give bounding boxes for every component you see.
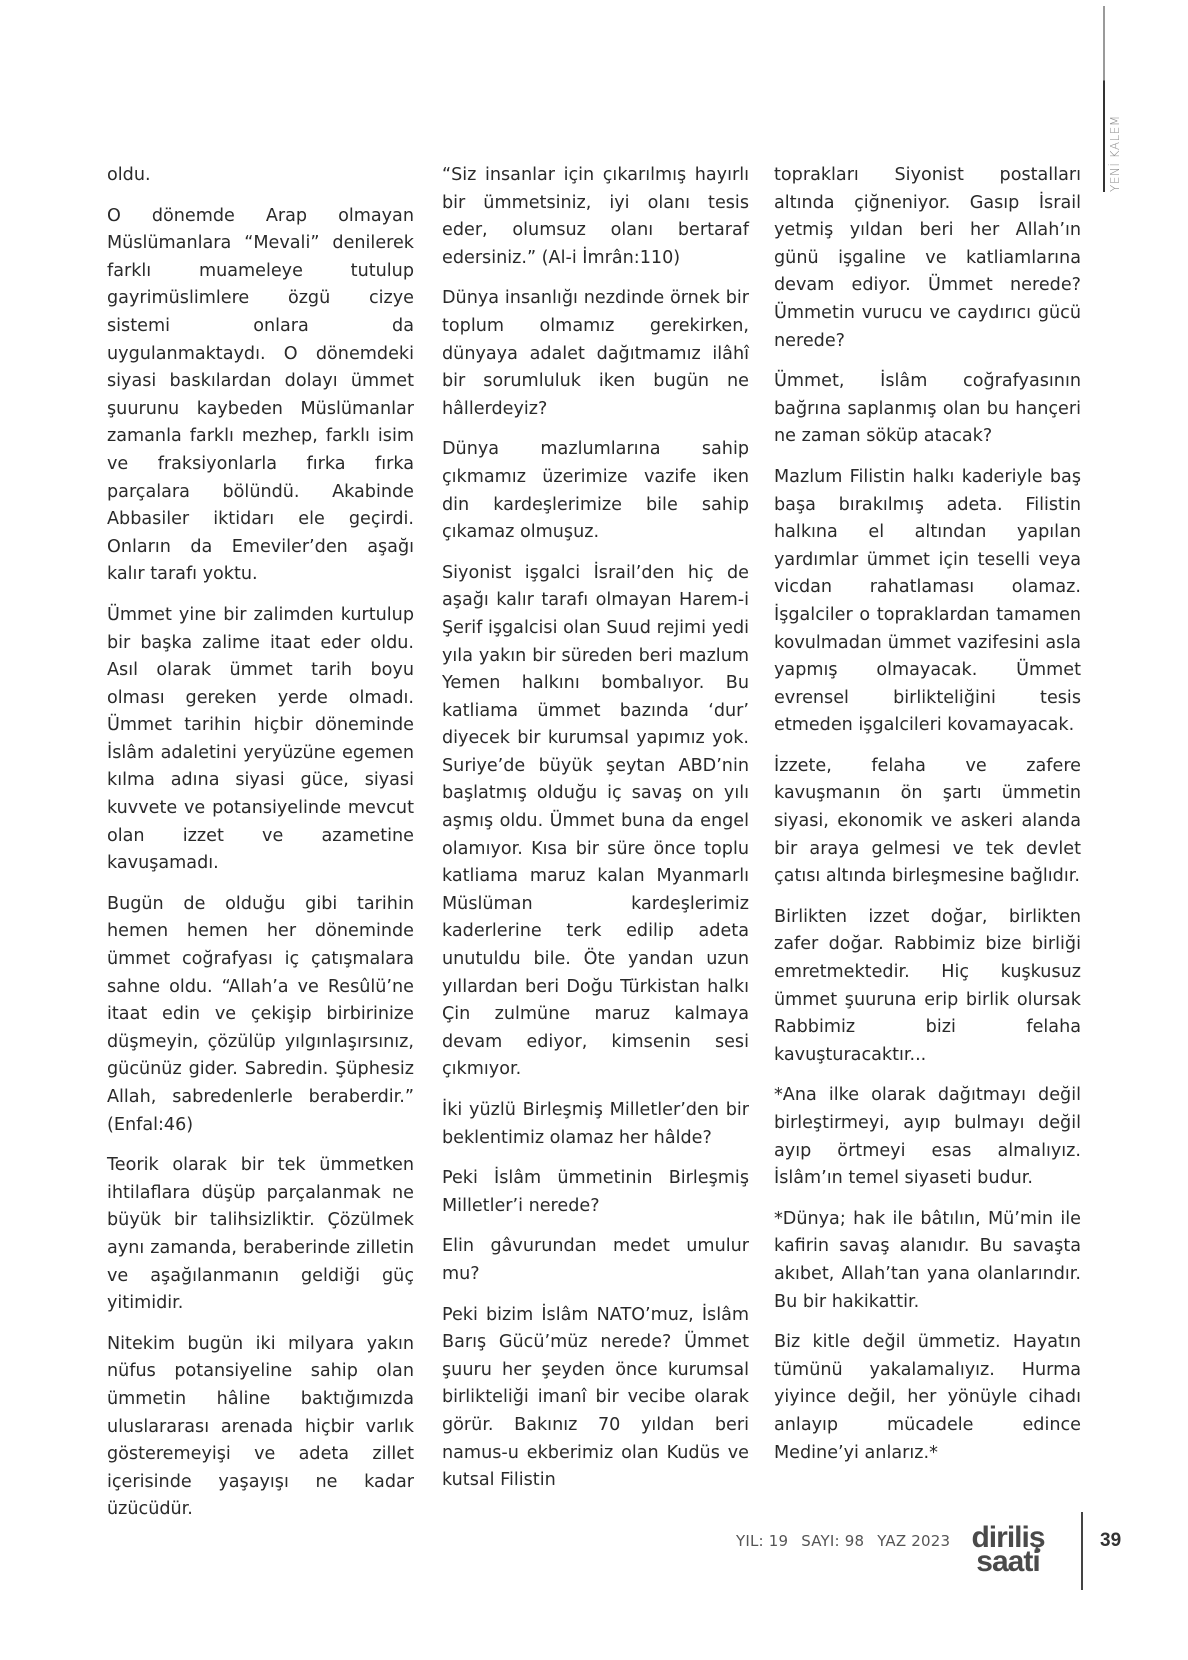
article-body: oldu. O dönemde Arap olmayan Müslümanlar…	[107, 162, 1057, 1547]
issue-number: SAYI: 98	[801, 1532, 864, 1550]
magazine-logo: diriliş saati	[968, 1526, 1048, 1574]
paragraph: Peki bizim İslâm NATO’muz, İslâm Barış G…	[442, 1302, 749, 1495]
section-divider	[1103, 6, 1105, 192]
issue-season: YAZ 2023	[877, 1532, 950, 1550]
issue-year: YIL: 19	[736, 1532, 788, 1550]
footer-divider	[1081, 1512, 1083, 1590]
paragraph: Dünya insanlığı nezdinde örnek bir toplu…	[442, 285, 749, 423]
section-label: YENİ KALEM	[1108, 100, 1128, 192]
paragraph: Siyonist işgalci İsrail’den hiç de aşağı…	[442, 560, 749, 1084]
column-3: toprakları Siyonist postalları altında ç…	[774, 162, 1081, 1480]
column-1: oldu. O dönemde Arap olmayan Müslümanlar…	[107, 162, 414, 1537]
paragraph: Biz kitle değil ümmetiz. Hayatın tümünü …	[774, 1329, 1081, 1467]
paragraph: Bugün de olduğu gibi tarihin hemen hemen…	[107, 891, 414, 1139]
paragraph: Ümmet, İslâm coğrafyasının bağrına sapla…	[774, 368, 1081, 451]
footnote-paragraph: *Ana ilke olarak dağıtmayı değil birleşt…	[774, 1082, 1081, 1192]
paragraph: Nitekim bugün iki milyara yakın nüfus po…	[107, 1331, 414, 1524]
column-2: “Siz insanlar için çıkarılmış hayırlı bi…	[442, 162, 749, 1508]
paragraph: Teorik olarak bir tek ümmetken ihtilafla…	[107, 1152, 414, 1318]
paragraph: İki yüzlü Birleşmiş Milletler’den bir be…	[442, 1097, 749, 1152]
paragraph: İzzete, felaha ve zafere kavuşmanın ön ş…	[774, 753, 1081, 891]
paragraph: Dünya mazlumlarına sahip çıkmamız üzerim…	[442, 436, 749, 546]
paragraph: Mazlum Filistin halkı kaderiyle baş başa…	[774, 464, 1081, 740]
paragraph: O dönemde Arap olmayan Müslümanlara “Mev…	[107, 203, 414, 589]
paragraph: toprakları Siyonist postalları altında ç…	[774, 162, 1081, 355]
paragraph: Birlikten izzet doğar, birlikten zafer d…	[774, 904, 1081, 1070]
paragraph: oldu.	[107, 162, 414, 190]
issue-info: YIL: 19 SAYI: 98 YAZ 2023	[736, 1532, 958, 1550]
paragraph: Ümmet yine bir zalimden kurtulup bir baş…	[107, 602, 414, 878]
paragraph: Peki İslâm ümmetinin Birleşmiş Milletler…	[442, 1165, 749, 1220]
page-number: 39	[1100, 1530, 1121, 1552]
quote-paragraph: “Siz insanlar için çıkarılmış hayırlı bi…	[442, 162, 749, 272]
footnote-paragraph: *Dünya; hak ile bâtılın, Mü’min ile kafi…	[774, 1206, 1081, 1316]
paragraph: Elin gâvurundan medet umulur mu?	[442, 1233, 749, 1288]
logo-line-2: saati	[968, 1550, 1048, 1574]
